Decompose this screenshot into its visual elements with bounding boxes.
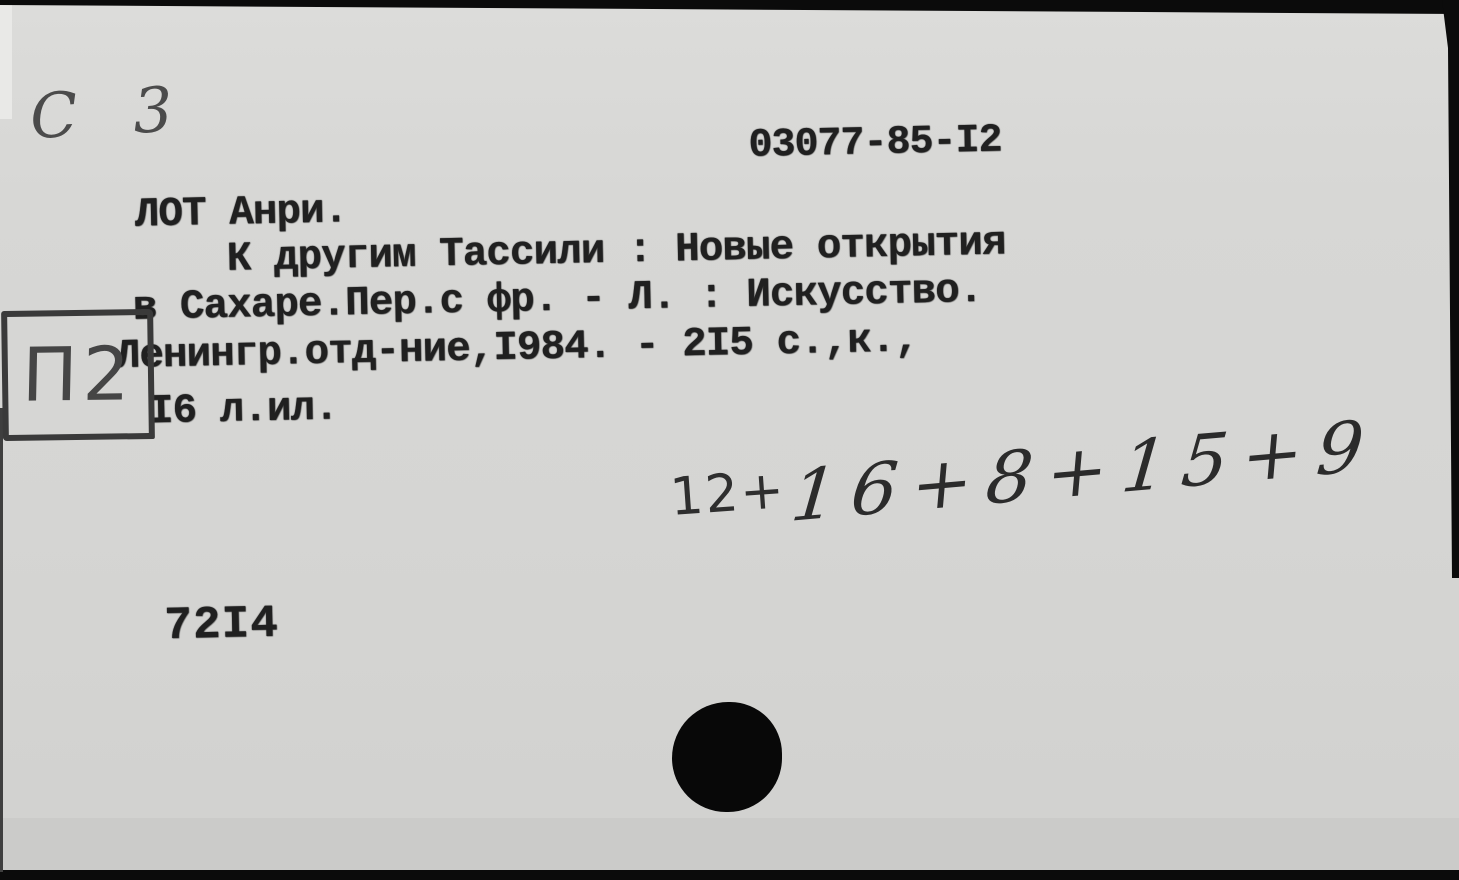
author-line: ЛОТ Анри.: [134, 191, 347, 236]
accession-number: 72I4: [164, 601, 279, 649]
classification-box: П2: [1, 309, 155, 441]
plates-line: I6 л.ил.: [149, 388, 339, 433]
hole-punch-mark: [672, 702, 782, 812]
catalog-card-scan: С 3 03077-85-I2 ЛОТ Анри. К другим Тасси…: [0, 0, 1459, 880]
catalog-index-number: 03077-85-I2: [748, 122, 1002, 167]
classification-label: П2: [21, 337, 135, 413]
handwritten-note-prefix: 12+: [668, 464, 787, 524]
